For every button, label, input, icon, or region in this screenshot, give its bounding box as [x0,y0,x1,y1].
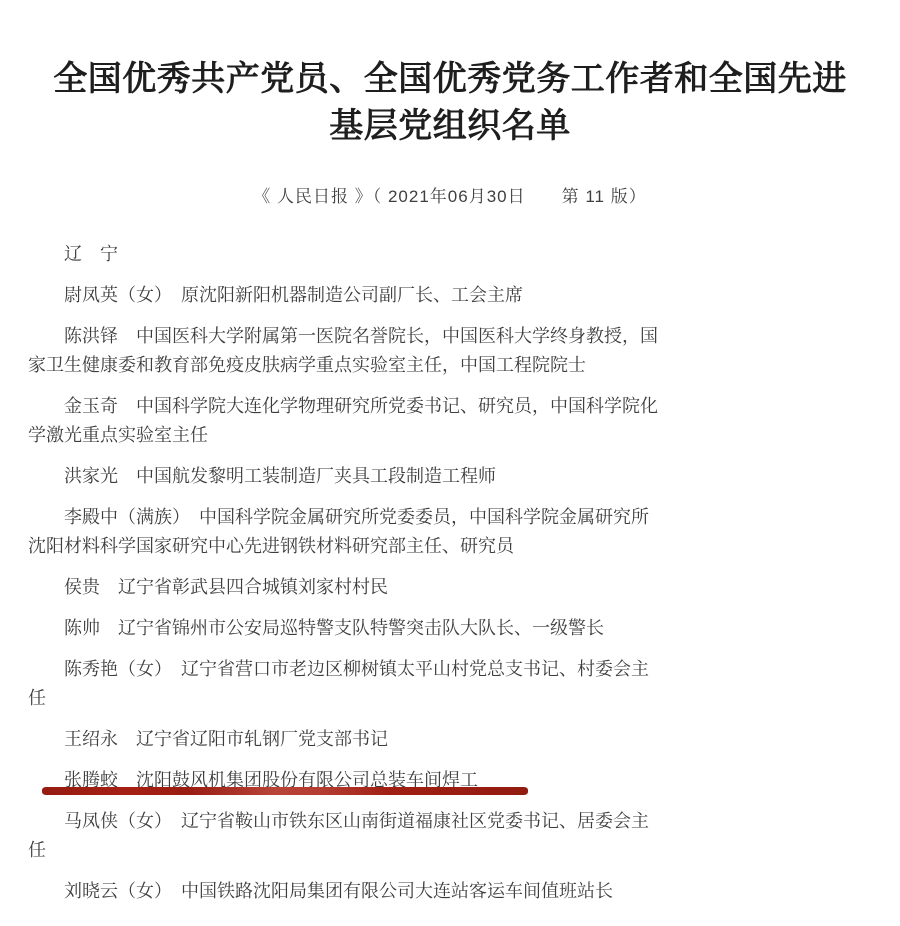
entry-text-line: 沈阳材料科学国家研究中心先进钢铁材料研究部主任、研究员 [28,532,660,561]
document-title: 全国优秀共产党员、全国优秀党务工作者和全国先进 基层党组织名单 [0,0,900,150]
entry-text-line: 尉凤英（女） 原沈阳新阳机器制造公司副厂长、工会主席 [28,281,660,310]
list-entry: 陈帅 辽宁省锦州市公安局巡特警支队特警突击队大队长、一级警长 [28,614,660,643]
name-list-body: 辽 宁 尉凤英（女） 原沈阳新阳机器制造公司副厂长、工会主席陈洪铎 中国医科大学… [28,240,660,906]
list-entry: 金玉奇 中国科学院大连化学物理研究所党委书记、研究员，中国科学院化学激光重点实验… [28,392,660,450]
title-line-1: 全国优秀共产党员、全国优秀党务工作者和全国先进 [0,56,900,103]
list-entry: 洪家光 中国航发黎明工装制造厂夹具工段制造工程师 [28,462,660,491]
entry-text-line: 陈秀艳（女） 辽宁省营口市老边区柳树镇太平山村党总支书记、村委会主 [28,655,660,684]
list-entry: 马凤侠（女） 辽宁省鞍山市铁东区山南街道福康社区党委书记、居委会主任 [28,807,660,865]
entry-text-line: 任 [28,684,660,713]
list-entry: 王绍永 辽宁省辽阳市轧钢厂党支部书记 [28,725,660,754]
list-entry: 侯贵 辽宁省彰武县四合城镇刘家村村民 [28,573,660,602]
document-page: 全国优秀共产党员、全国优秀党务工作者和全国先进 基层党组织名单 《 人民日报 》… [0,0,900,926]
list-entry: 陈秀艳（女） 辽宁省营口市老边区柳树镇太平山村党总支书记、村委会主任 [28,655,660,713]
list-entry: 尉凤英（女） 原沈阳新阳机器制造公司副厂长、工会主席 [28,281,660,310]
list-entry: 李殿中（满族） 中国科学院金属研究所党委委员，中国科学院金属研究所沈阳材料科学国… [28,503,660,561]
publication-line: 《 人民日报 》（ 2021年06月30日 第 11 版） [0,186,900,208]
entry-text-line: 刘晓云（女） 中国铁路沈阳局集团有限公司大连站客运车间值班站长 [28,877,660,906]
list-entry: 刘晓云（女） 中国铁路沈阳局集团有限公司大连站客运车间值班站长 [28,877,660,906]
entry-text-line: 侯贵 辽宁省彰武县四合城镇刘家村村民 [28,573,660,602]
entry-text-line: 洪家光 中国航发黎明工装制造厂夹具工段制造工程师 [28,462,660,491]
entry-text-line: 金玉奇 中国科学院大连化学物理研究所党委书记、研究员，中国科学院化 [28,392,660,421]
entry-text-line: 任 [28,836,660,865]
entry-text-line: 李殿中（满族） 中国科学院金属研究所党委委员，中国科学院金属研究所 [28,503,660,532]
entry-text-line: 陈帅 辽宁省锦州市公安局巡特警支队特警突击队大队长、一级警长 [28,614,660,643]
entries-list: 尉凤英（女） 原沈阳新阳机器制造公司副厂长、工会主席陈洪铎 中国医科大学附属第一… [28,281,660,906]
section-heading-liaoning: 辽 宁 [28,240,660,269]
list-entry: 张腾蛟 沈阳鼓风机集团股份有限公司总装车间焊工 [28,766,660,795]
title-line-2: 基层党组织名单 [0,103,900,150]
red-underline-annotation [42,787,528,795]
entry-text-line: 马凤侠（女） 辽宁省鞍山市铁东区山南街道福康社区党委书记、居委会主 [28,807,660,836]
entry-text-line: 陈洪铎 中国医科大学附属第一医院名誉院长，中国医科大学终身教授，国 [28,322,660,351]
entry-text-line: 家卫生健康委和教育部免疫皮肤病学重点实验室主任，中国工程院院士 [28,351,660,380]
entry-text-line: 学激光重点实验室主任 [28,421,660,450]
list-entry: 陈洪铎 中国医科大学附属第一医院名誉院长，中国医科大学终身教授，国家卫生健康委和… [28,322,660,380]
entry-text-line: 王绍永 辽宁省辽阳市轧钢厂党支部书记 [28,725,660,754]
